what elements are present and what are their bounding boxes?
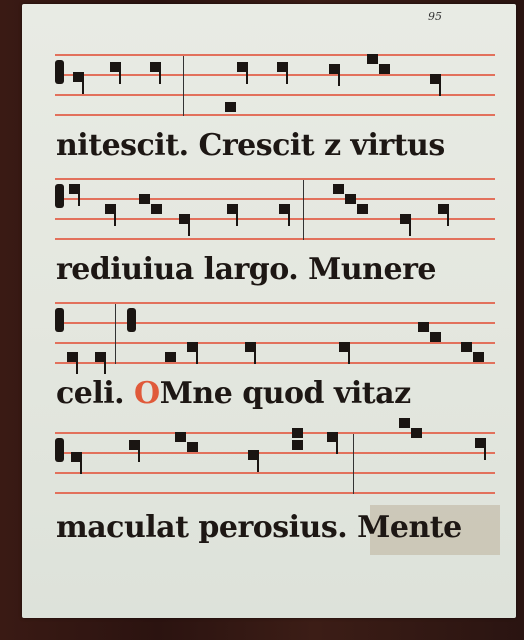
music-staff-3 [55,302,495,364]
folio-number: 95 [428,10,442,23]
red-initial-o: O [134,376,160,411]
lyric-line-4: maculat perosius. Mente [56,510,462,545]
lyric-line-3: celi. OMne quod vitaz [56,376,411,411]
music-staff-4 [55,432,495,494]
music-staff-1 [55,54,495,116]
lyric-line-2: rediuiua largo. Munere [56,252,436,287]
lyric-line-1: nitescit. Crescit z virtus [56,128,445,163]
c-clef [55,184,64,208]
music-staff-2 [55,178,495,240]
c-clef [55,438,64,462]
c-clef [55,60,64,84]
c-clef [55,308,64,332]
